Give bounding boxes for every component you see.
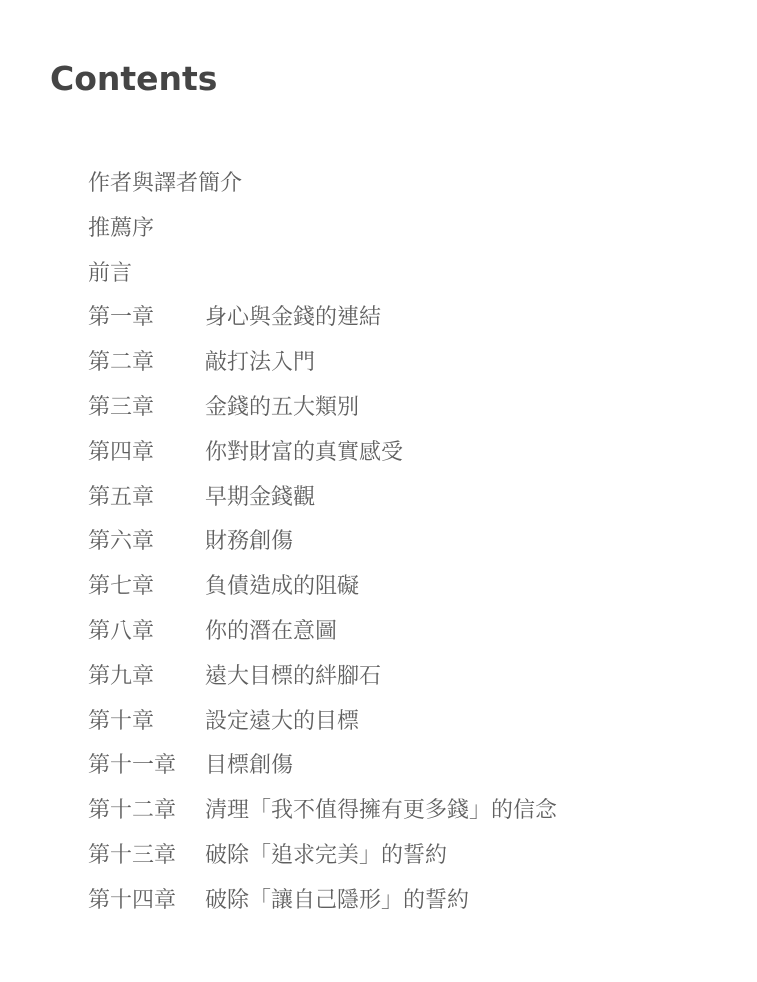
toc-list: 作者與譯者簡介 推薦序 前言 第一章 身心與金錢的連結 第二章 敲打法入門 第三… [0,95,757,924]
chapter-number: 第七章 [88,565,198,610]
toc-item-chapter-9[interactable]: 第九章 遠大目標的絆腳石 [88,655,757,700]
toc-item-chapter-5[interactable]: 第五章 早期金錢觀 [88,476,757,521]
chapter-title: 推薦序 [88,207,154,252]
chapter-number: 第十三章 [88,834,198,879]
chapter-number: 第十四章 [88,879,198,924]
chapter-number: 第一章 [88,296,198,341]
chapter-number: 第十章 [88,700,198,745]
chapter-title: 金錢的五大類別 [205,386,359,431]
chapter-number: 第十二章 [88,789,198,834]
toc-item-foreword[interactable]: 推薦序 [88,207,757,252]
toc-item-preface[interactable]: 前言 [88,252,757,297]
page-title: Contents [0,0,757,95]
toc-item-chapter-7[interactable]: 第七章 負債造成的阻礙 [88,565,757,610]
chapter-title: 負債造成的阻礙 [205,565,359,610]
chapter-title: 早期金錢觀 [205,476,315,521]
toc-item-chapter-13[interactable]: 第十三章 破除「追求完美」的誓約 [88,834,757,879]
chapter-number: 第四章 [88,431,198,476]
contents-page: Contents 作者與譯者簡介 推薦序 前言 第一章 身心與金錢的連結 第二章… [0,0,757,982]
chapter-title: 清理「我不值得擁有更多錢」的信念 [205,789,557,834]
chapter-title: 設定遠大的目標 [205,700,359,745]
chapter-title: 破除「讓自己隱形」的誓約 [205,879,469,924]
chapter-title: 前言 [88,252,132,297]
toc-item-chapter-12[interactable]: 第十二章 清理「我不值得擁有更多錢」的信念 [88,789,757,834]
chapter-title: 身心與金錢的連結 [205,296,381,341]
chapter-number: 第八章 [88,610,198,655]
chapter-title: 你的潛在意圖 [205,610,337,655]
chapter-title: 財務創傷 [205,520,293,565]
toc-item-chapter-2[interactable]: 第二章 敲打法入門 [88,341,757,386]
toc-item-chapter-1[interactable]: 第一章 身心與金錢的連結 [88,296,757,341]
chapter-title: 目標創傷 [205,744,293,789]
toc-item-chapter-11[interactable]: 第十一章 目標創傷 [88,744,757,789]
chapter-number: 第六章 [88,520,198,565]
chapter-title: 作者與譯者簡介 [88,162,242,207]
toc-item-author-intro[interactable]: 作者與譯者簡介 [88,162,757,207]
toc-item-chapter-6[interactable]: 第六章 財務創傷 [88,520,757,565]
chapter-title: 破除「追求完美」的誓約 [205,834,447,879]
chapter-title: 敲打法入門 [205,341,315,386]
chapter-number: 第九章 [88,655,198,700]
chapter-number: 第三章 [88,386,198,431]
toc-item-chapter-8[interactable]: 第八章 你的潛在意圖 [88,610,757,655]
toc-item-chapter-14[interactable]: 第十四章 破除「讓自己隱形」的誓約 [88,879,757,924]
toc-item-chapter-4[interactable]: 第四章 你對財富的真實感受 [88,431,757,476]
chapter-number: 第二章 [88,341,198,386]
chapter-number: 第十一章 [88,744,198,789]
chapter-number: 第五章 [88,476,198,521]
chapter-title: 你對財富的真實感受 [205,431,403,476]
toc-item-chapter-10[interactable]: 第十章 設定遠大的目標 [88,700,757,745]
toc-item-chapter-3[interactable]: 第三章 金錢的五大類別 [88,386,757,431]
chapter-title: 遠大目標的絆腳石 [205,655,381,700]
